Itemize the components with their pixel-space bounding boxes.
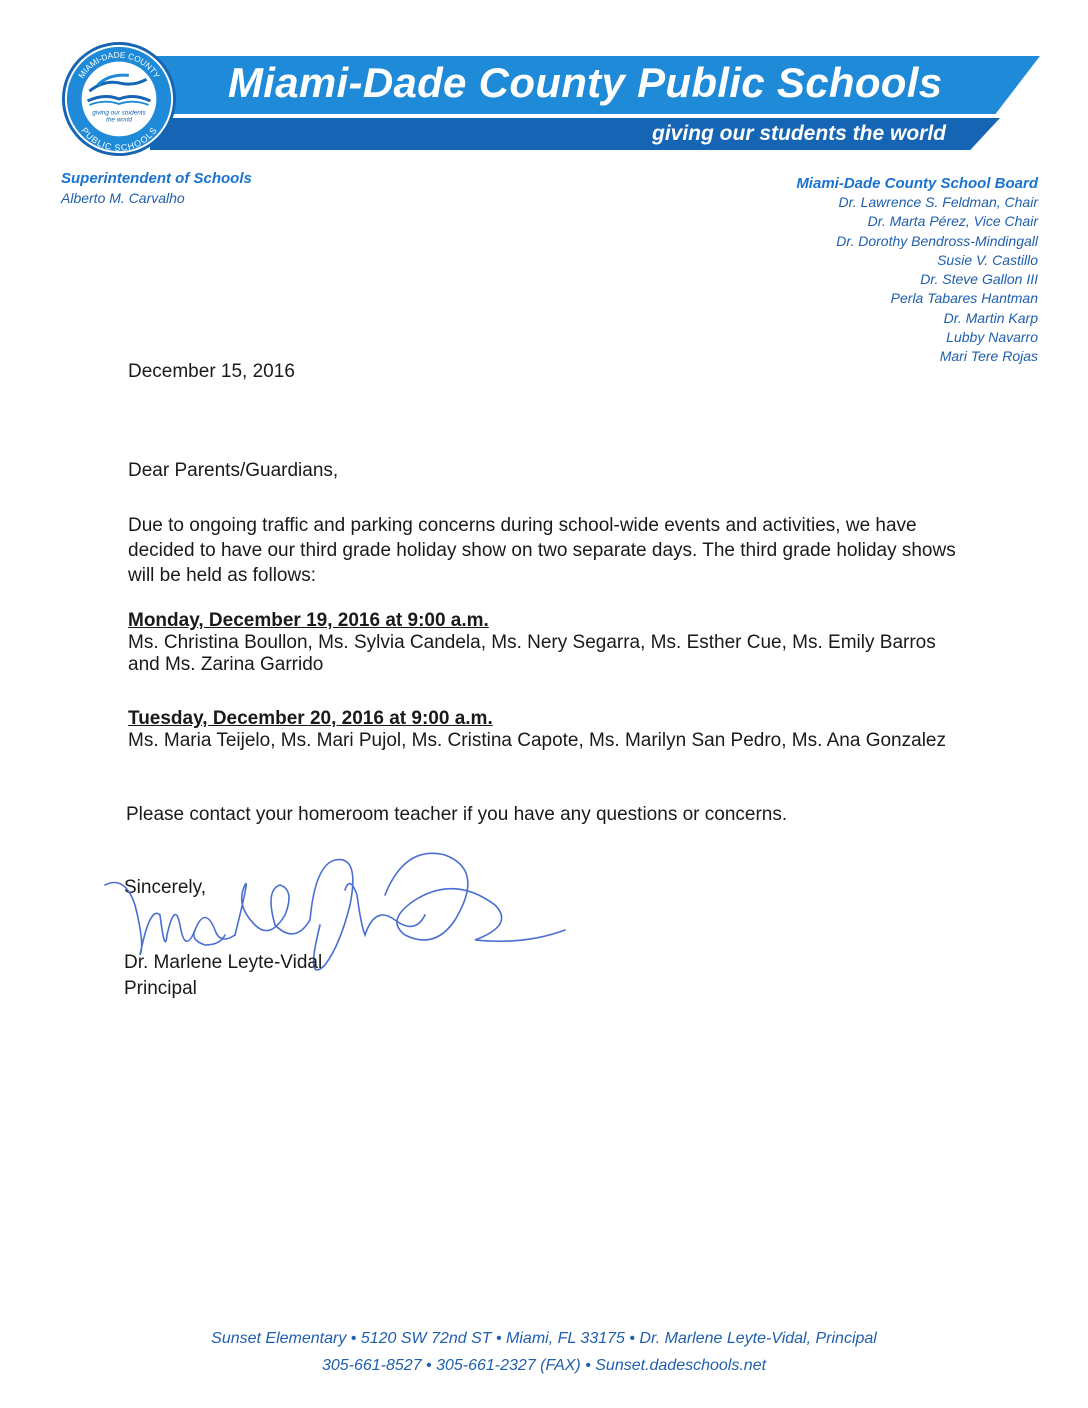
letter-date: December 15, 2016 [128, 361, 295, 383]
signer-title: Principal [124, 976, 322, 1002]
letter-closing-paragraph: Please contact your homeroom teacher if … [126, 804, 787, 826]
board-member: Lubby Navarro [796, 328, 1038, 347]
footer-contact-line: 305-661-8527 • 305-661-2327 (FAX) • Suns… [0, 1352, 1088, 1379]
district-tagline: giving our students the world [652, 119, 946, 149]
letter-intro-paragraph: Due to ongoing traffic and parking conce… [128, 513, 958, 588]
letter-salutation: Dear Parents/Guardians, [128, 460, 338, 482]
schedule-heading: Tuesday, December 20, 2016 at 9:00 a.m. [128, 708, 968, 730]
board-member: Dr. Marta Pérez, Vice Chair [796, 212, 1038, 231]
seal-center-text-2: the world [106, 117, 132, 124]
footer-address-line: Sunset Elementary • 5120 SW 72nd ST • Mi… [0, 1325, 1088, 1352]
school-board-list: Miami-Dade County School Board Dr. Lawre… [796, 174, 1038, 367]
board-member: Dr. Dorothy Bendross-Mindingall [796, 232, 1038, 251]
schedule-heading: Monday, December 19, 2016 at 9:00 a.m. [128, 610, 968, 632]
board-member: Mari Tere Rojas [796, 347, 1038, 366]
school-footer: Sunset Elementary • 5120 SW 72nd ST • Mi… [0, 1325, 1088, 1379]
board-member: Susie V. Castillo [796, 251, 1038, 270]
signer-name: Dr. Marlene Leyte-Vidal [124, 950, 322, 976]
schedule-monday: Monday, December 19, 2016 at 9:00 a.m. M… [128, 610, 968, 676]
schedule-tuesday: Tuesday, December 20, 2016 at 9:00 a.m. … [128, 708, 968, 752]
board-member: Dr. Steve Gallon III [796, 270, 1038, 289]
signer-block: Dr. Marlene Leyte-Vidal Principal [124, 950, 322, 1002]
board-member: Perla Tabares Hantman [796, 289, 1038, 308]
superintendent-name: Alberto M. Carvalho [61, 190, 185, 206]
district-seal-logo: MIAMI-DADE COUNTY PUBLIC SCHOOLS giving … [60, 40, 178, 158]
school-board-title: Miami-Dade County School Board [796, 174, 1038, 193]
schedule-teachers: Ms. Christina Boullon, Ms. Sylvia Candel… [128, 632, 968, 676]
schedule-teachers: Ms. Maria Teijelo, Ms. Mari Pujol, Ms. C… [128, 730, 968, 752]
superintendent-title: Superintendent of Schools [61, 170, 252, 187]
board-member: Dr. Lawrence S. Feldman, Chair [796, 193, 1038, 212]
board-member: Dr. Martin Karp [796, 309, 1038, 328]
district-title: Miami-Dade County Public Schools [228, 56, 942, 110]
